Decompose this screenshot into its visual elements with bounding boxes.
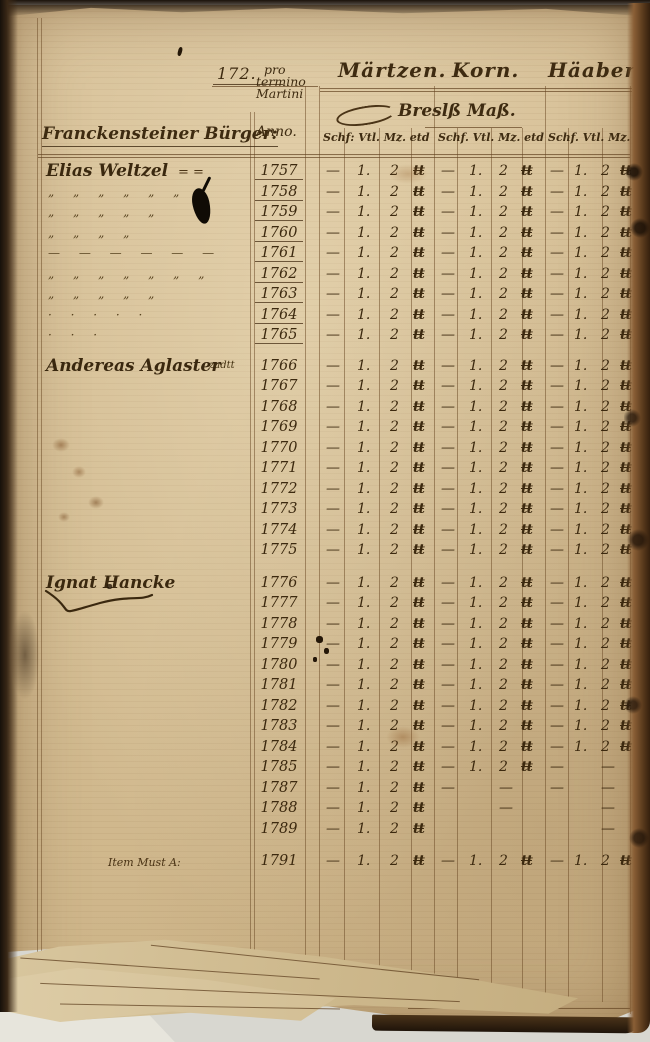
cell-value: — <box>441 225 455 241</box>
cell-value: 1. <box>574 698 587 714</box>
unit-mark: tt <box>521 575 532 591</box>
ditto-marks: „ „ „ „ „ <box>48 287 246 301</box>
cell-value: 2 <box>601 657 610 673</box>
year-cell: 1783 <box>255 718 303 734</box>
cell-value: — <box>550 575 564 591</box>
cell-value: — <box>441 327 455 343</box>
table-row: Andereas Aglasterzadtt1766—1.2tt—1.2tt—1… <box>0 358 648 379</box>
cell-value: 1. <box>574 522 587 538</box>
year-cell: 1771 <box>255 460 303 476</box>
cell-value: 2 <box>499 636 508 652</box>
owner-name: Item Must A: <box>108 856 181 869</box>
cell-value: 2 <box>601 440 610 456</box>
cell-value: 2 <box>601 286 610 302</box>
cell-value: 1. <box>357 698 370 714</box>
cell-value: — <box>441 718 455 734</box>
cell-value: 1. <box>574 542 587 558</box>
cell-value: 2 <box>390 657 399 673</box>
unit-mark: tt <box>521 245 532 261</box>
cell-value: 2 <box>499 616 508 632</box>
year-cell: 1788 <box>255 800 303 816</box>
cell-value: 1. <box>357 184 370 200</box>
cell-value: — <box>441 542 455 558</box>
cell-value: — <box>441 616 455 632</box>
unit-mark: tt <box>521 378 532 394</box>
year-cell: 1780 <box>255 657 303 673</box>
cell-value: 2 <box>601 522 610 538</box>
cell-value: — <box>441 266 455 282</box>
cell-value: 1. <box>469 204 482 220</box>
cell-value: — <box>326 677 340 693</box>
cell-value: 2 <box>390 378 399 394</box>
cell-value: 2 <box>390 616 399 632</box>
cell-value: 2 <box>390 575 399 591</box>
cell-value: — <box>441 853 455 869</box>
year-cell: 1767 <box>255 378 303 394</box>
cell-value: — <box>441 399 455 415</box>
cell-value: 2 <box>601 542 610 558</box>
ditto-marks: — — — — — — <box>48 246 246 260</box>
year-cell: 1757 <box>255 163 303 180</box>
stain <box>388 164 428 184</box>
cell-value: — <box>550 677 564 693</box>
cell-value: 2 <box>499 184 508 200</box>
cell-value: 1. <box>469 399 482 415</box>
owner-name: Andereas Aglaster <box>46 356 220 376</box>
cell-value: — <box>326 440 340 456</box>
cell-value: 1. <box>357 501 370 517</box>
year-cell: 1787 <box>255 780 303 796</box>
cell-value: — <box>326 266 340 282</box>
table-row: · · · · ·1764—1.2tt—1.2tt—1.2tt <box>0 307 648 328</box>
cell-value: 2 <box>499 657 508 673</box>
year-cell: 1782 <box>255 698 303 714</box>
unit-mark: tt <box>521 266 532 282</box>
cell-value: 1. <box>357 616 370 632</box>
cell-value: — <box>550 698 564 714</box>
ditto-marks: · · · · · <box>48 308 246 322</box>
cell-value: 2 <box>499 286 508 302</box>
cell-value: — <box>550 616 564 632</box>
cell-value: 2 <box>601 245 610 261</box>
cell-value: 1. <box>357 800 370 816</box>
cell-value: 1. <box>357 780 370 796</box>
cell-value: 2 <box>390 225 399 241</box>
cell-value: — <box>441 739 455 755</box>
cell-value: — <box>441 636 455 652</box>
year-cell: 1761 <box>255 245 303 262</box>
cell-value: — <box>441 286 455 302</box>
cell-value: 2 <box>390 327 399 343</box>
cell-value: — <box>326 759 340 775</box>
cell-value: 2 <box>499 358 508 374</box>
unit-mark: tt <box>521 616 532 632</box>
table-row: 1781—1.2tt—1.2tt—1.2tt <box>0 677 648 698</box>
header-rule <box>425 127 522 128</box>
table-row: 1771—1.2tt—1.2tt—1.2tt <box>0 460 648 481</box>
cell-value: — <box>550 522 564 538</box>
unit-mark: tt <box>413 358 424 374</box>
table-row: 1778—1.2tt—1.2tt—1.2tt <box>0 616 648 637</box>
year-cell: 1778 <box>255 616 303 632</box>
unit-mark: tt <box>413 821 424 837</box>
cell-value: 1. <box>574 307 587 323</box>
cell-value: 1. <box>357 399 370 415</box>
table-row: 1780—1.2tt—1.2tt—1.2tt <box>0 657 648 678</box>
table-row: „ „ „ „ „ „ „1762—1.2tt—1.2tt—1.2tt <box>0 266 648 287</box>
unit-mark: tt <box>413 657 424 673</box>
cell-value: — <box>550 184 564 200</box>
unit-mark: tt <box>521 225 532 241</box>
cell-value: 1. <box>357 821 370 837</box>
cell-value: 1. <box>357 460 370 476</box>
cell-value: 1. <box>469 440 482 456</box>
cell-value: — <box>326 358 340 374</box>
ditto-marks: „ „ „ „ <box>48 226 246 240</box>
cell-value: 1. <box>469 225 482 241</box>
cell-value: 1. <box>574 204 587 220</box>
cell-value: 1. <box>574 595 587 611</box>
cell-value: — <box>326 419 340 435</box>
cell-value: 1. <box>574 266 587 282</box>
cell-value: 2 <box>499 307 508 323</box>
ink-speck <box>107 584 112 589</box>
cell-value: 2 <box>499 460 508 476</box>
cell-value: 2 <box>499 718 508 734</box>
unit-mark: tt <box>521 698 532 714</box>
cell-value: — <box>326 501 340 517</box>
cell-value: — <box>550 853 564 869</box>
cell-value: — <box>326 821 340 837</box>
unit-mark: tt <box>521 542 532 558</box>
unit-mark: tt <box>413 225 424 241</box>
cell-value: 1. <box>469 460 482 476</box>
unit-mark: tt <box>521 327 532 343</box>
year-cell: 1785 <box>255 759 303 775</box>
cell-value: 1. <box>469 698 482 714</box>
year-cell: 1776 <box>255 575 303 591</box>
cell-value: 1. <box>574 657 587 673</box>
cell-value: 2 <box>601 399 610 415</box>
cell-value: — <box>550 327 564 343</box>
unit-mark: tt <box>413 378 424 394</box>
unit-mark: tt <box>413 522 424 538</box>
cell-value: — <box>441 245 455 261</box>
cell-value: 2 <box>499 501 508 517</box>
year-cell: 1759 <box>255 204 303 221</box>
cell-value: 1. <box>469 501 482 517</box>
table-row: 1784—1.2tt—1.2tt—1.2tt <box>0 739 648 760</box>
cell-value: 1. <box>357 286 370 302</box>
unit-mark: tt <box>521 759 532 775</box>
ditto-marks: · · · <box>48 328 246 342</box>
cell-value: 2 <box>499 266 508 282</box>
cell-value: — <box>326 327 340 343</box>
table-row: 1785—1.2tt—1.2tt—— <box>0 759 648 780</box>
cell-value: — <box>499 780 513 796</box>
cell-value: — <box>441 522 455 538</box>
cell-value: — <box>550 718 564 734</box>
cell-value: 1. <box>357 853 370 869</box>
table-row: 1769—1.2tt—1.2tt—1.2tt <box>0 419 648 440</box>
year-cell: 1773 <box>255 501 303 517</box>
cell-value: — <box>441 440 455 456</box>
unit-mark: tt <box>521 677 532 693</box>
table-row: 1789—1.2tt— <box>0 821 648 842</box>
unit-mark: tt <box>413 184 424 200</box>
cell-value: 2 <box>601 636 610 652</box>
cell-value: 2 <box>499 677 508 693</box>
unit-mark: tt <box>413 677 424 693</box>
cell-value: — <box>326 595 340 611</box>
cell-value: 2 <box>601 460 610 476</box>
table-row: „ „ „ „ „1763—1.2tt—1.2tt—1.2tt <box>0 286 648 307</box>
cell-value: — <box>441 595 455 611</box>
year-cell: 1774 <box>255 522 303 538</box>
cell-value: — <box>441 501 455 517</box>
cell-value: — <box>550 286 564 302</box>
unit-mark: tt <box>521 163 532 179</box>
cell-value: — <box>326 718 340 734</box>
cell-value: 2 <box>601 204 610 220</box>
binding-edge <box>0 0 18 1012</box>
cell-value: 1. <box>357 575 370 591</box>
cell-value: 1. <box>574 575 587 591</box>
table-row: 1787—1.2tt———— <box>0 780 648 801</box>
cell-value: 2 <box>390 440 399 456</box>
cell-value: 1. <box>574 440 587 456</box>
cell-value: 1. <box>469 266 482 282</box>
table-row: 1767—1.2tt—1.2tt—1.2tt <box>0 378 648 399</box>
cell-value: 1. <box>469 739 482 755</box>
cell-value: 1. <box>469 419 482 435</box>
unit-mark: tt <box>413 307 424 323</box>
cell-value: — <box>441 575 455 591</box>
cell-value: 2 <box>390 245 399 261</box>
cell-value: 2 <box>499 399 508 415</box>
cell-value: 2 <box>601 419 610 435</box>
unit-mark: tt <box>521 286 532 302</box>
unit-mark: tt <box>521 636 532 652</box>
cell-value: 1. <box>357 481 370 497</box>
cell-value: — <box>326 575 340 591</box>
cell-value: — <box>550 542 564 558</box>
table-row: 1774—1.2tt—1.2tt—1.2tt <box>0 522 648 543</box>
cell-value: 2 <box>601 307 610 323</box>
year-cell: 1791 <box>255 853 303 869</box>
cell-value: 2 <box>499 419 508 435</box>
cell-value: 2 <box>390 358 399 374</box>
cell-value: 1. <box>469 286 482 302</box>
cell-value: 2 <box>390 266 399 282</box>
unit-mark: tt <box>521 657 532 673</box>
cell-value: 1. <box>574 636 587 652</box>
cell-value: 1. <box>574 225 587 241</box>
table-row: 1768—1.2tt—1.2tt—1.2tt <box>0 399 648 420</box>
cell-value: 2 <box>601 481 610 497</box>
cell-value: — <box>326 657 340 673</box>
column-header-maertzen: Märtzen. <box>338 58 446 82</box>
cell-value: 1. <box>574 245 587 261</box>
cell-value: 1. <box>469 307 482 323</box>
cell-value: — <box>441 378 455 394</box>
cell-value: — <box>441 307 455 323</box>
cell-value: 1. <box>574 163 587 179</box>
unit-mark: tt <box>413 286 424 302</box>
cell-value: 1. <box>469 184 482 200</box>
cell-value: 2 <box>390 759 399 775</box>
table-row: 1783—1.2tt—1.2tt—1.2tt <box>0 718 648 739</box>
unit-mark: tt <box>521 501 532 517</box>
cell-value: 1. <box>469 575 482 591</box>
cell-value: 2 <box>499 327 508 343</box>
unit-mark: tt <box>413 542 424 558</box>
year-cell: 1777 <box>255 595 303 611</box>
cell-value: 1. <box>469 163 482 179</box>
unit-mark: tt <box>521 307 532 323</box>
cell-value: 1. <box>469 595 482 611</box>
unit-mark: tt <box>413 636 424 652</box>
cell-value: 2 <box>390 595 399 611</box>
cell-value: — <box>441 698 455 714</box>
cell-value: 2 <box>499 163 508 179</box>
table-row: „ „ „ „1760—1.2tt—1.2tt—1.2tt <box>0 225 648 246</box>
year-cell: 1763 <box>255 286 303 303</box>
year-cell: 1760 <box>255 225 303 242</box>
year-cell: 1779 <box>255 636 303 652</box>
cell-value: 1. <box>357 327 370 343</box>
cell-value: — <box>601 759 615 775</box>
cell-value: 1. <box>357 739 370 755</box>
cell-value: 2 <box>499 245 508 261</box>
unit-mark: tt <box>413 575 424 591</box>
cell-value: — <box>326 184 340 200</box>
cell-value: 2 <box>390 286 399 302</box>
cell-value: — <box>601 780 615 796</box>
cell-value: — <box>550 266 564 282</box>
cell-value: 2 <box>499 542 508 558</box>
table-row: 1775—1.2tt—1.2tt—1.2tt <box>0 542 648 563</box>
cell-value: 1. <box>469 245 482 261</box>
unit-mark: tt <box>413 759 424 775</box>
unit-mark: tt <box>413 266 424 282</box>
cell-value: 1. <box>574 718 587 734</box>
measure-text: Breslß Maß. <box>398 101 516 121</box>
unit-mark: tt <box>413 800 424 816</box>
cell-value: — <box>550 501 564 517</box>
cell-value: 2 <box>390 419 399 435</box>
unit-mark: tt <box>521 399 532 415</box>
cell-value: — <box>441 419 455 435</box>
cell-value: 1. <box>357 378 370 394</box>
cell-value: — <box>326 378 340 394</box>
cell-value: 1. <box>574 399 587 415</box>
unit-mark: tt <box>521 739 532 755</box>
cell-value: 1. <box>469 378 482 394</box>
cell-value: — <box>550 780 564 796</box>
header-rule <box>38 154 630 155</box>
year-cell: 1762 <box>255 266 303 283</box>
cell-value: — <box>326 481 340 497</box>
cell-value: 2 <box>390 698 399 714</box>
unit-mark: tt <box>413 853 424 869</box>
cell-value: 1. <box>574 501 587 517</box>
cell-value: 1. <box>469 358 482 374</box>
cell-value: — <box>550 399 564 415</box>
cell-value: 1. <box>357 163 370 179</box>
year-cell: 1789 <box>255 821 303 837</box>
cell-value: 2 <box>499 595 508 611</box>
unit-mark: tt <box>413 501 424 517</box>
page-right-edge-spots <box>624 0 650 1030</box>
cell-value: 1. <box>574 739 587 755</box>
unit-mark: tt <box>413 698 424 714</box>
cell-value: 1. <box>469 677 482 693</box>
cell-value: — <box>326 286 340 302</box>
cell-value: 2 <box>390 399 399 415</box>
cell-value: 1. <box>574 616 587 632</box>
cell-value: 1. <box>357 657 370 673</box>
cell-value: 1. <box>469 718 482 734</box>
cell-value: — <box>326 163 340 179</box>
cell-value: 2 <box>499 739 508 755</box>
cell-value: 1. <box>357 759 370 775</box>
cell-value: 2 <box>499 575 508 591</box>
cell-value: 2 <box>601 163 610 179</box>
cell-value: — <box>550 460 564 476</box>
cell-value: 2 <box>601 358 610 374</box>
table-row: Ignat Hancke1776—1.2tt—1.2tt—1.2tt <box>0 575 648 596</box>
table-row: „ „ „ „ „ „ „1758—1.2tt—1.2tt—1.2tt <box>0 184 648 205</box>
cell-value: 2 <box>499 440 508 456</box>
owner-name: Elias Weltzel <box>46 161 168 181</box>
unit-mark: tt <box>413 327 424 343</box>
subcolumn-header: Schf. Vtl. Mz. etd <box>438 131 544 144</box>
cell-value: 2 <box>601 501 610 517</box>
cell-value: — <box>326 542 340 558</box>
cell-value: — <box>326 698 340 714</box>
cell-value: — <box>550 204 564 220</box>
cell-value: — <box>550 657 564 673</box>
cell-value: 2 <box>499 481 508 497</box>
cell-value: — <box>326 853 340 869</box>
ditto-marks: „ „ „ „ „ „ „ <box>48 185 246 199</box>
subcolumn-header: Schf: Vtl. Mz. etd <box>323 131 430 144</box>
cell-value: 1. <box>469 853 482 869</box>
cell-value: — <box>550 636 564 652</box>
unit-mark: tt <box>521 204 532 220</box>
cell-value: — <box>550 225 564 241</box>
cell-value: 1. <box>469 327 482 343</box>
cell-value: 1. <box>357 307 370 323</box>
cell-value: 1. <box>469 636 482 652</box>
cell-value: — <box>326 616 340 632</box>
column-header-korn: Korn. <box>452 58 519 82</box>
cell-value: 2 <box>601 739 610 755</box>
unit-mark: tt <box>521 358 532 374</box>
table-row: Item Must A:1791—1.2tt—1.2tt—1.2tt <box>0 853 648 874</box>
cell-value: 2 <box>601 595 610 611</box>
measure-label: Breslß Maß. <box>398 101 516 121</box>
cell-value: 2 <box>601 677 610 693</box>
unit-mark: tt <box>413 460 424 476</box>
cell-value: 2 <box>390 481 399 497</box>
ditto-marks: „ „ „ „ „ „ „ <box>48 267 246 281</box>
cell-value: 1. <box>357 718 370 734</box>
table-row: „ „ „ „ „1759—1.2tt—1.2tt—1.2tt <box>0 204 648 225</box>
cell-value: 1. <box>357 677 370 693</box>
cell-value: 1. <box>574 184 587 200</box>
